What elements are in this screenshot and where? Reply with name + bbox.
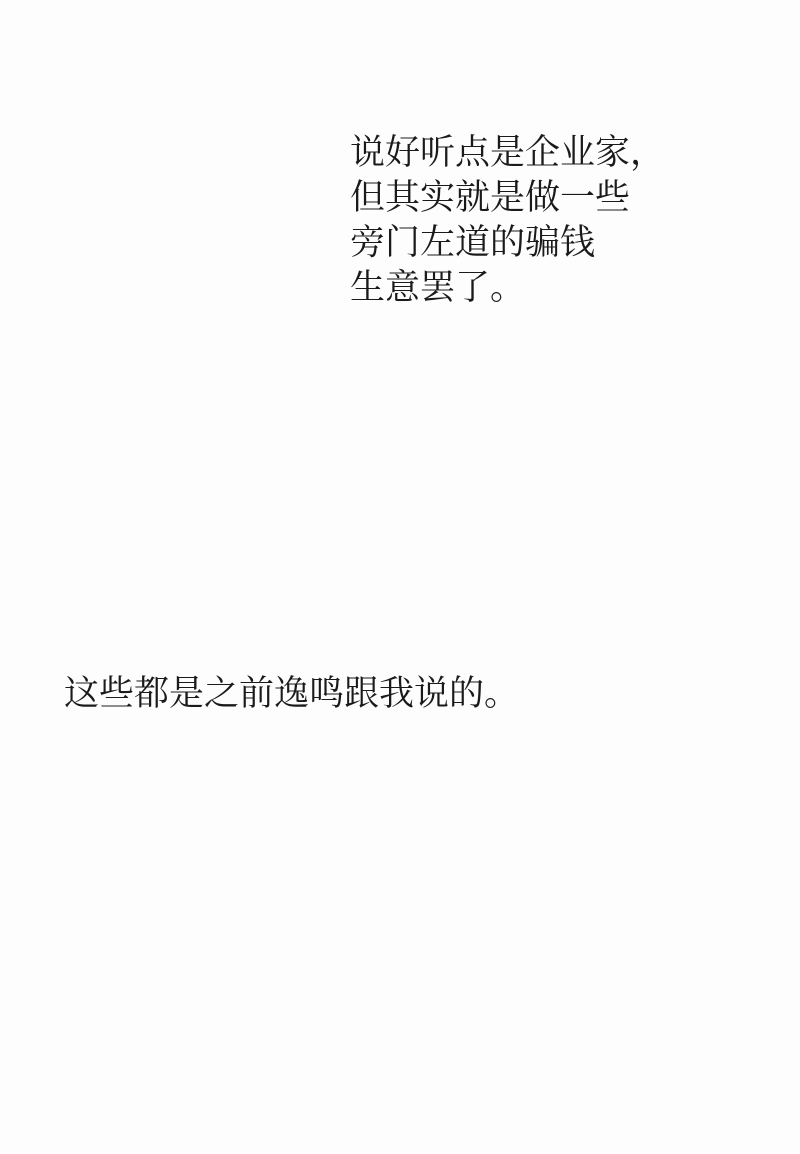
- narration-upper-line-1: 说好听点是企业家，: [350, 130, 665, 175]
- comic-page: 说好听点是企业家， 但其实就是做一些 旁门左道的骗钱 生意罢了。 这些都是之前逸…: [0, 0, 800, 1154]
- narration-upper-line-3: 旁门左道的骗钱: [350, 220, 665, 265]
- narration-upper-line-2: 但其实就是做一些: [350, 175, 665, 220]
- narration-text-lower: 这些都是之前逸鸣跟我说的。: [64, 671, 519, 716]
- narration-lower-line-1: 这些都是之前逸鸣跟我说的。: [64, 671, 519, 716]
- narration-text-upper: 说好听点是企业家， 但其实就是做一些 旁门左道的骗钱 生意罢了。: [350, 130, 665, 310]
- narration-upper-line-4: 生意罢了。: [350, 265, 665, 310]
